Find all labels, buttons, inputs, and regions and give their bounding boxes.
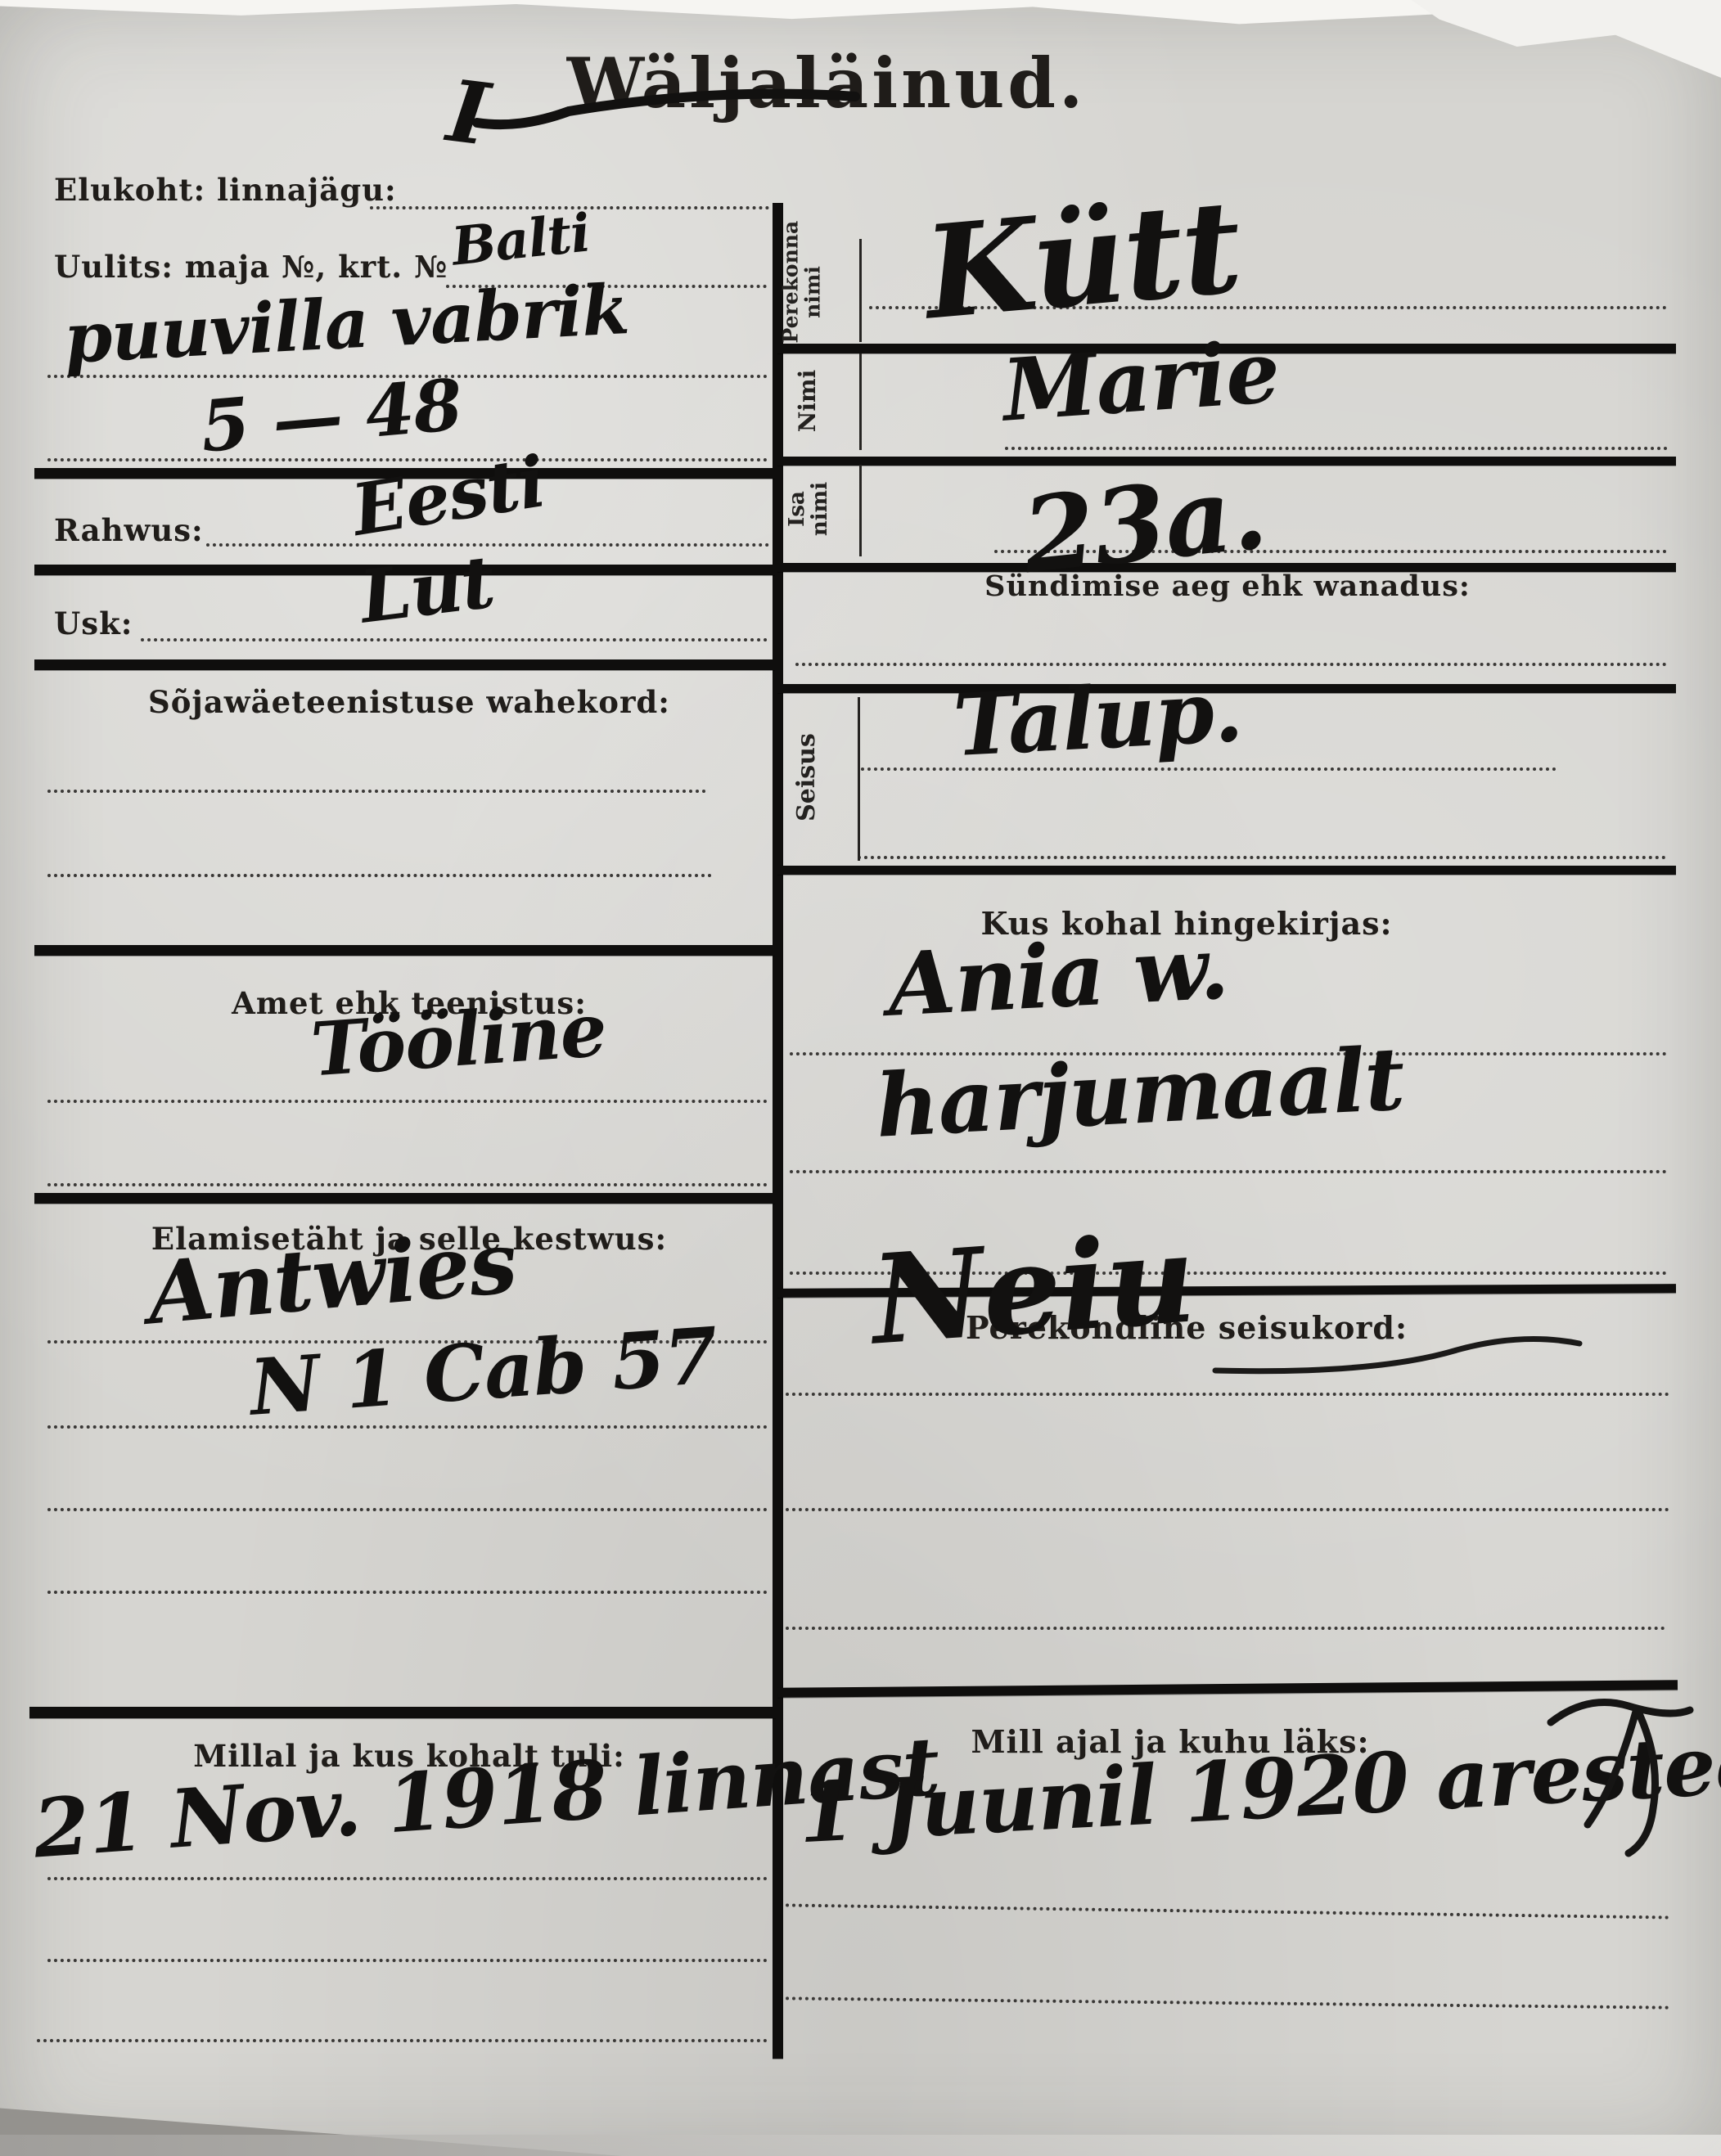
field-label-sojawae: Sõjawäeteenistuse wahekord: (123, 684, 696, 720)
handwritten-surname: Kütt (919, 172, 1246, 349)
section-rule (34, 945, 775, 956)
dotted-line (1005, 447, 1668, 450)
dotted-line (47, 1425, 768, 1429)
handwritten-religion: Lut (355, 538, 498, 639)
label-separator-line (859, 465, 862, 556)
torn-top-edge (0, 0, 1721, 34)
handwritten-street-1: Balti (449, 202, 593, 277)
label-separator-line (859, 239, 862, 342)
dotted-line (47, 1959, 768, 1962)
vertical-label-seisus: Seisus (794, 720, 843, 835)
dotted-line (141, 638, 768, 641)
vertical-label-line: nimi (801, 266, 825, 318)
field-label-usk: Usk: (54, 605, 133, 641)
vertical-label-line: Perekonna (779, 221, 803, 344)
label-separator-line (859, 353, 862, 450)
scanned-form-page: Wäljaläinud. I Elukoht: linnajägu: Uulit… (0, 0, 1721, 2156)
section-rule (34, 659, 775, 670)
dotted-line (858, 856, 1666, 859)
dotted-line (37, 2039, 768, 2042)
torn-corner-top-right (1369, 0, 1721, 78)
section-rule (34, 1193, 775, 1204)
handwritten-nationality: Eesti (347, 440, 551, 552)
dotted-line (790, 1170, 1667, 1173)
dotted-line (47, 1508, 768, 1511)
dotted-line (47, 874, 712, 877)
dotted-line (786, 1508, 1669, 1511)
vertical-label-line: Nimi (794, 370, 821, 433)
field-label-elukoht: Elukoht: linnajägu: (54, 172, 397, 208)
handwritten-house-flat-number: 5 — 48 (197, 363, 465, 468)
scan-edge-bottom (0, 2135, 1721, 2156)
dotted-line (786, 1903, 1669, 1919)
handwritten-street-2: puuvilla vabrik (62, 268, 631, 379)
vertical-label-line: Isa (785, 491, 809, 527)
vertical-label-line: nimi (808, 482, 832, 536)
handwritten-parish-2: harjumaalt (873, 1027, 1406, 1157)
handwritten-parish-1: Ania w. (885, 916, 1231, 1036)
dotted-line (47, 1591, 768, 1594)
title-underline-flourish (471, 72, 872, 137)
vertical-label-perekonna-nimi: Perekonna nimi (780, 241, 858, 344)
handwritten-marital-status: Neiu (867, 1206, 1199, 1372)
scan-shadow-bottom-left (0, 2082, 622, 2156)
dotted-line (47, 1100, 768, 1103)
section-rule (29, 1707, 776, 1718)
pen-tail-flourish (1211, 1326, 1588, 1383)
vertical-label-line: Seisus (792, 733, 821, 821)
field-label-uulits: Uulits: maja №, krt. № (54, 249, 448, 285)
label-separator-line (858, 697, 860, 861)
dotted-line (47, 1183, 768, 1186)
handwritten-age: 23a. (1017, 451, 1272, 596)
dotted-line (786, 1627, 1665, 1630)
dotted-line (786, 1996, 1669, 2009)
dotted-line (47, 1877, 768, 1880)
dotted-line (786, 1393, 1669, 1396)
dotted-line (47, 790, 706, 793)
pen-check-flourish (1539, 1686, 1702, 1866)
vertical-label-isa-nimi: Isa nimi (786, 460, 851, 558)
vertical-label-nimi: Nimi (795, 356, 841, 446)
handwritten-first-name: Marie (999, 321, 1282, 440)
section-rule (777, 866, 1676, 875)
field-label-rahwus: Rahwus: (54, 512, 204, 548)
handwritten-social-status: Talup. (951, 660, 1245, 776)
